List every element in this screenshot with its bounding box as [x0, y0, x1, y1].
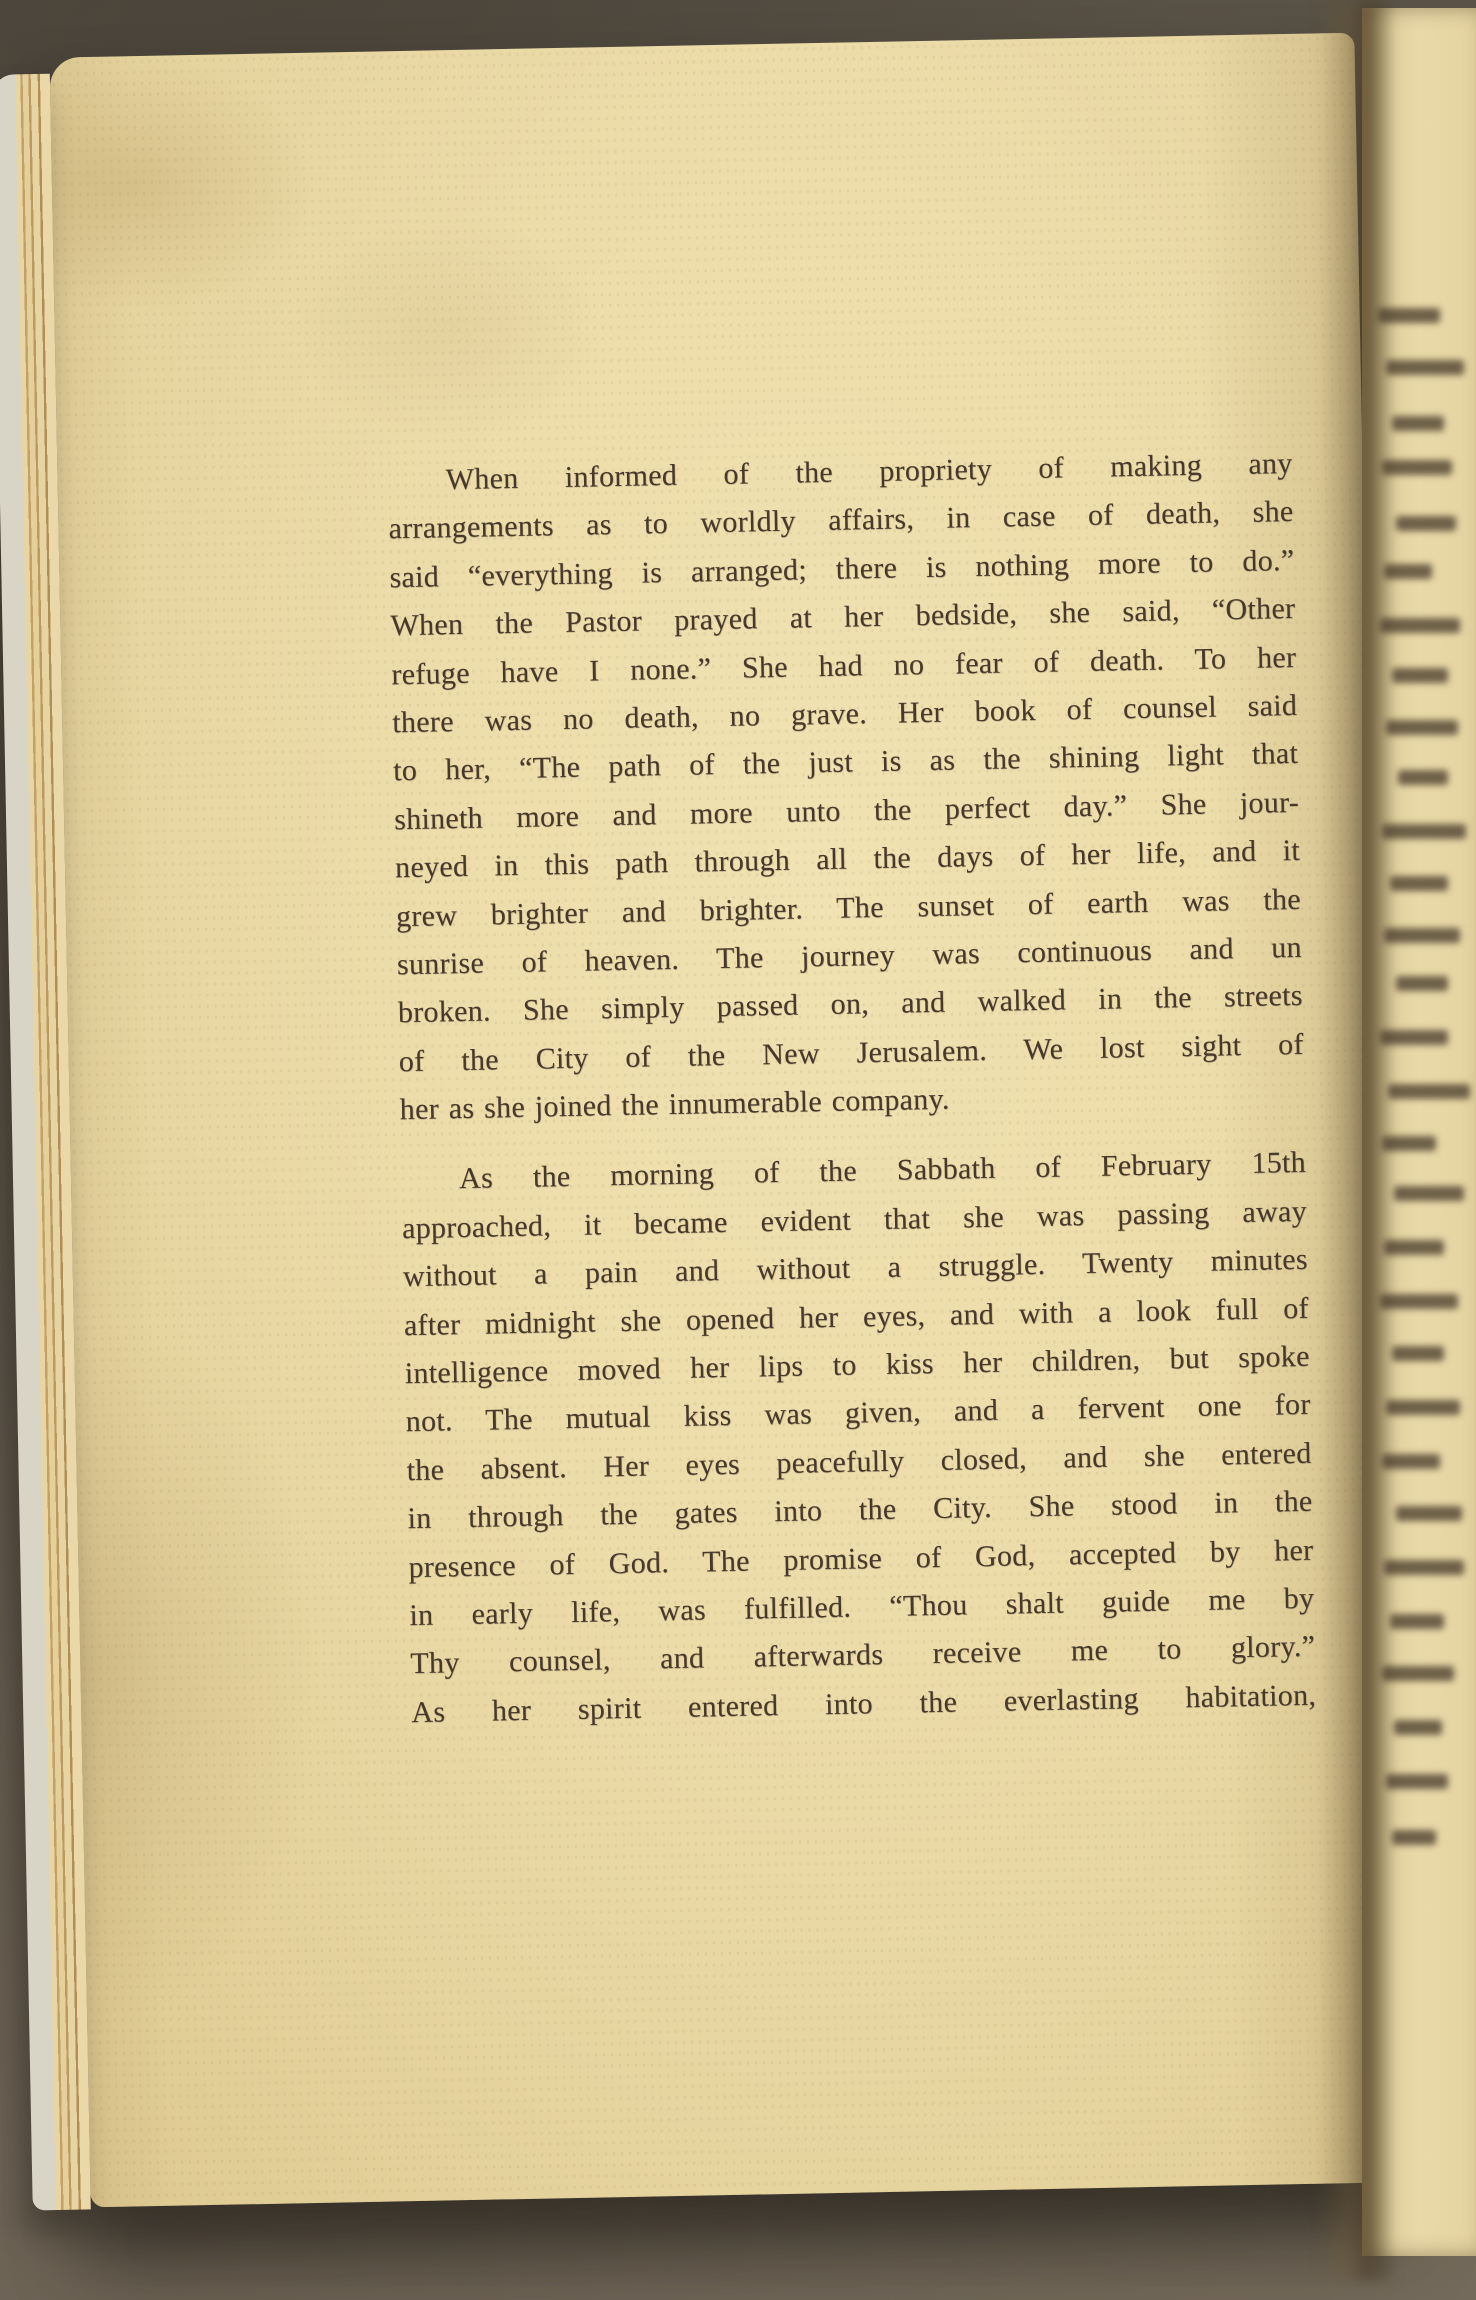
bleed-mark	[1382, 460, 1452, 475]
bleed-mark	[1380, 618, 1460, 633]
photo-backdrop: When informed of the propriety of making…	[0, 0, 1476, 2300]
bleed-mark	[1396, 516, 1456, 531]
bleed-mark	[1382, 824, 1466, 839]
bleed-mark	[1384, 1240, 1444, 1255]
bleed-mark	[1384, 928, 1460, 943]
bleed-mark	[1386, 720, 1458, 735]
bleed-mark	[1380, 1294, 1458, 1309]
bleed-mark	[1392, 668, 1448, 683]
bleed-mark	[1380, 1030, 1448, 1045]
bleed-mark	[1378, 308, 1440, 323]
bleed-mark	[1390, 876, 1448, 891]
bleed-mark	[1382, 1454, 1440, 1469]
paragraph-1: When informed of the propriety of making…	[387, 440, 1305, 1135]
bleed-mark	[1382, 1666, 1454, 1681]
bleed-mark	[1384, 564, 1432, 579]
paragraph-2: As the morning of the Sabbath of Februar…	[401, 1139, 1317, 1737]
bleed-mark	[1394, 1720, 1442, 1735]
page-text-block: When informed of the propriety of making…	[387, 440, 1316, 1737]
bleed-mark	[1390, 1614, 1444, 1629]
page-fore-edge	[0, 74, 91, 2211]
bleed-mark	[1388, 1084, 1470, 1099]
bleed-mark	[1384, 1560, 1464, 1575]
bleed-mark	[1392, 1346, 1444, 1361]
bleed-mark	[1396, 976, 1448, 991]
bleed-mark	[1392, 1830, 1436, 1845]
facing-page-edge	[1362, 8, 1476, 2256]
bleed-mark	[1392, 416, 1444, 431]
bleed-mark	[1394, 1186, 1464, 1201]
bleed-mark	[1398, 770, 1448, 785]
bleed-mark	[1396, 1506, 1462, 1521]
bleed-mark	[1386, 360, 1464, 375]
bleed-mark	[1382, 1136, 1436, 1151]
bleed-mark	[1386, 1400, 1460, 1415]
book-page: When informed of the propriety of making…	[49, 33, 1395, 2208]
bleed-mark	[1386, 1774, 1448, 1789]
